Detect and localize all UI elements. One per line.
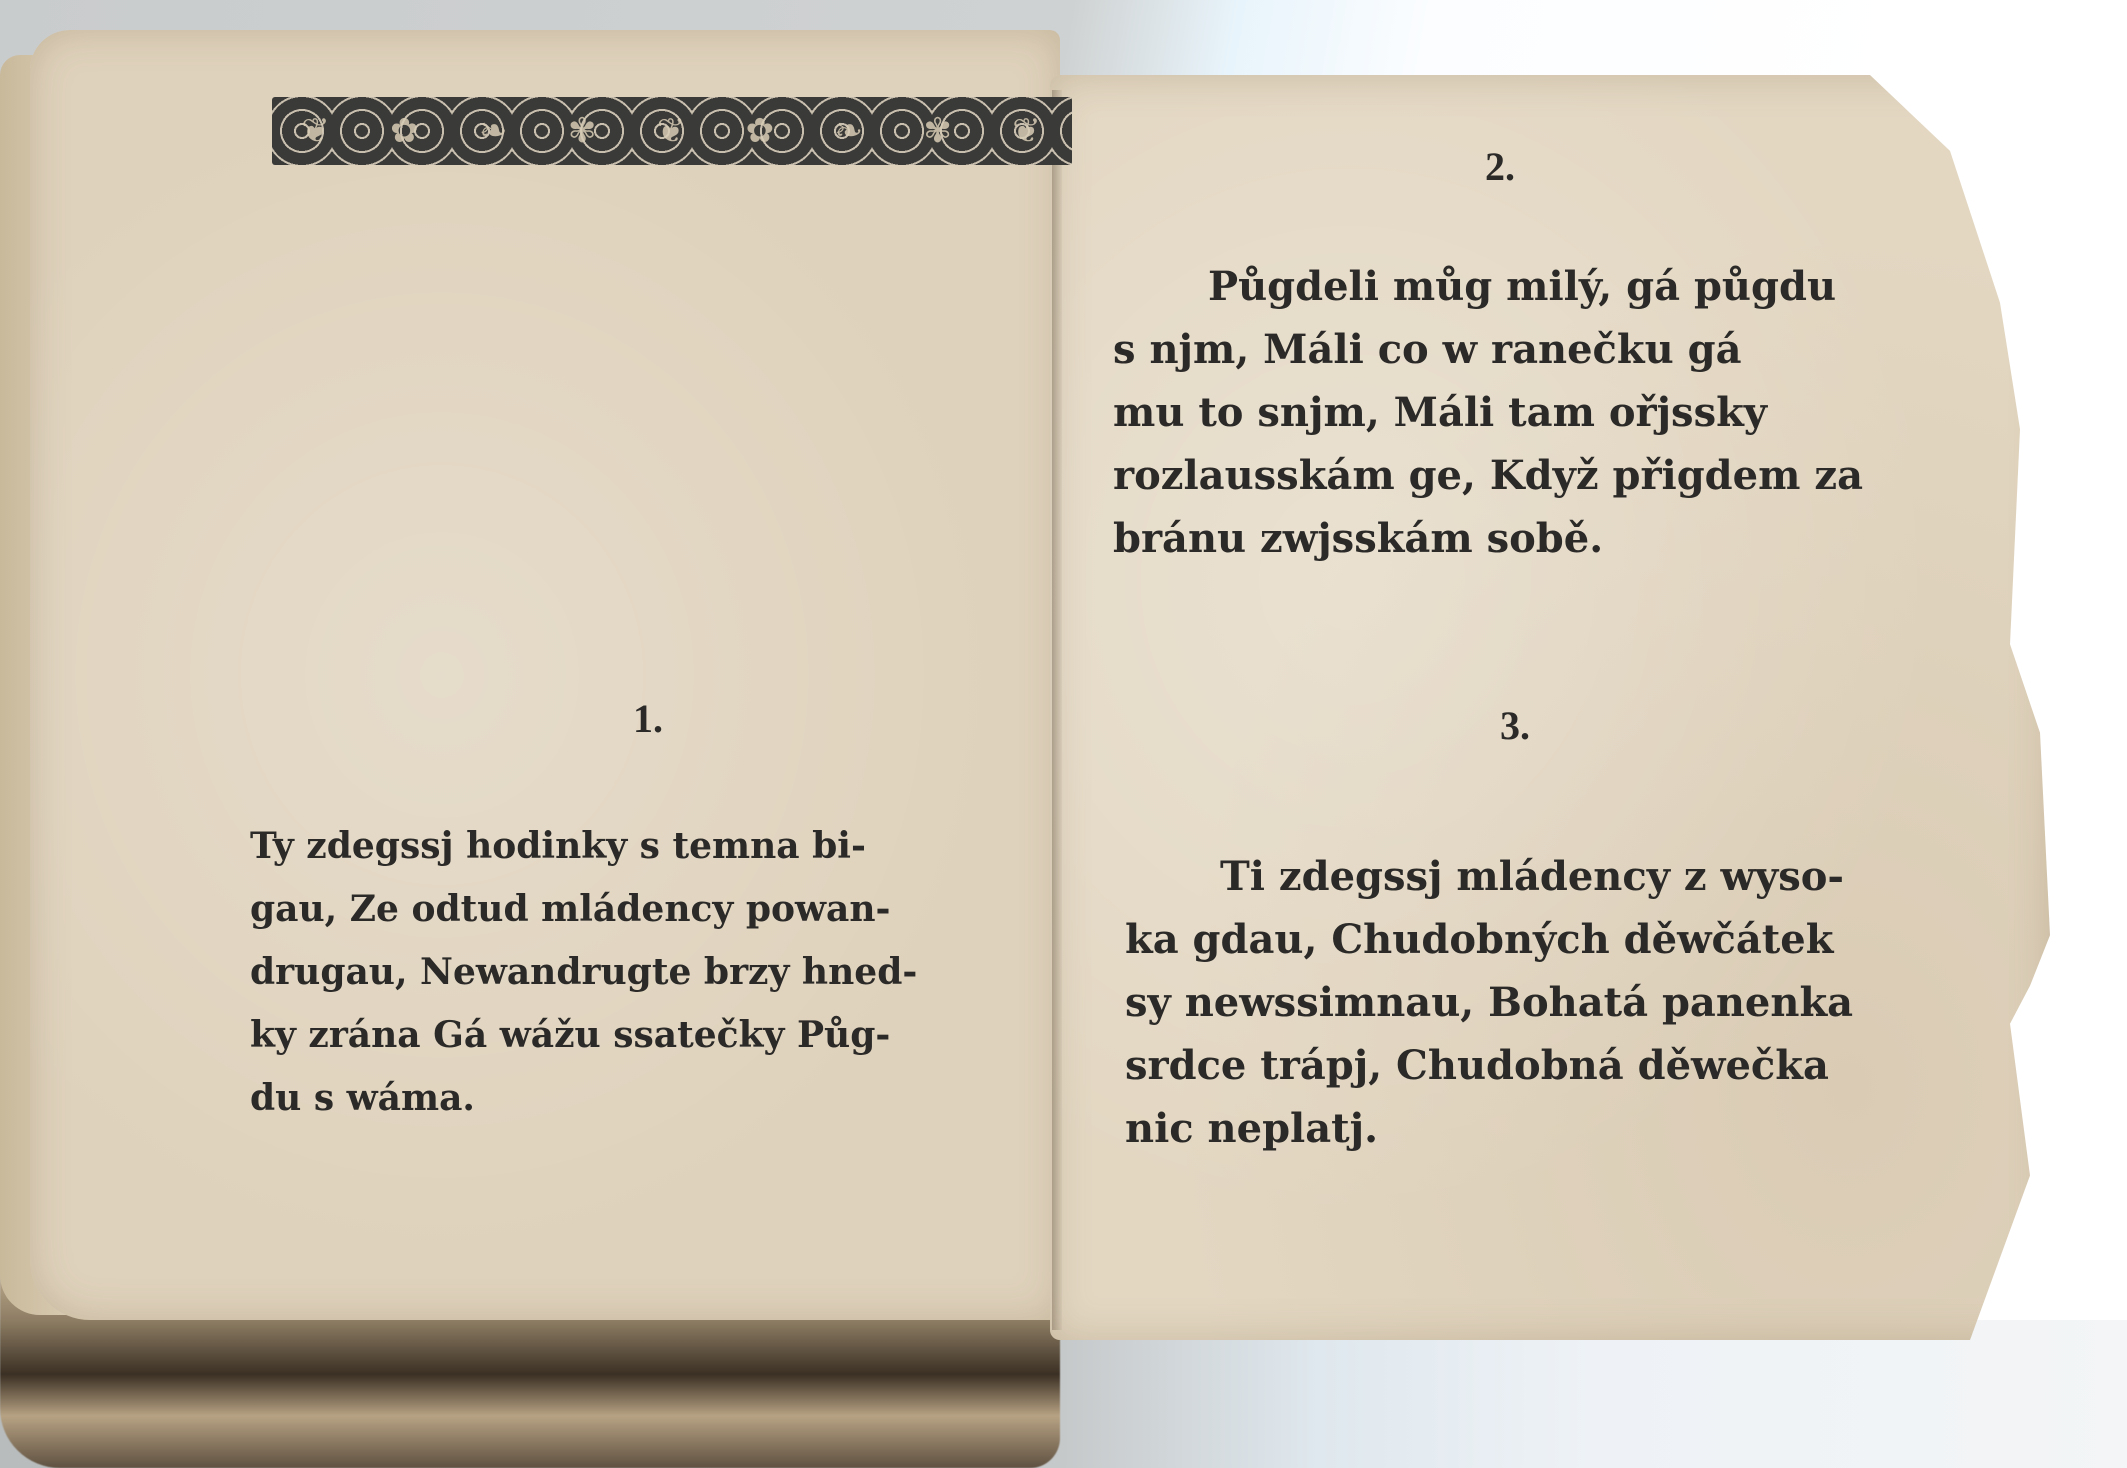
header-ornament: ❦ ✿ ❧ ✾ ❦ ✿ ❧ ✾ ❦ [272,97,1072,165]
verse-line: Ti zdegssj mládency z wyso- [1125,845,1935,908]
ornament-flourish-icon: ✿ [390,111,421,151]
ornament-flourish-icon: ❦ [1012,111,1043,151]
verse-line: nic neplatj. [1125,1097,1935,1160]
ornament-flourish-icon: ✿ [746,111,777,151]
stanza-number: 3. [1500,702,1530,749]
ornament-flourish-icon: ❦ [657,111,688,151]
verse-line: Ty zdegssj hodinky s temna bi- [250,815,1050,878]
book-gutter [1052,90,1062,1330]
ornament-flourish-icon: ❦ [301,111,332,151]
ornament-flourish-icon: ❧ [479,111,510,151]
ornament-flourish-icon: ❧ [834,111,865,151]
stanza-number: 2. [1485,143,1515,190]
stanza-1-text: Ty zdegssj hodinky s temna bi- gau, Ze o… [250,815,1050,1130]
verse-line: Půgdeli můg milý, gá půgdu [1113,255,1933,318]
verse-line: du s wáma. [250,1067,1050,1130]
verse-line: mu to snjm, Máli tam ořjssky [1113,381,1933,444]
verse-line: sy newssimnau, Bohatá panenka [1125,971,1935,1034]
verse-line: gau, Ze odtud mládency powan- [250,878,1050,941]
verse-line: bránu zwjsskám sobě. [1113,507,1933,570]
verse-line: rozlausskám ge, Když přigdem za [1113,444,1933,507]
stanza-2-text: Půgdeli můg milý, gá půgdu s njm, Máli c… [1113,255,1933,570]
verse-line: drugau, Newandrugte brzy hned- [250,941,1050,1004]
stanza-number: 1. [633,695,663,742]
ornament-flourish-icon: ✾ [568,111,599,151]
stanza-3-text: Ti zdegssj mládency z wyso- ka gdau, Chu… [1125,845,1935,1160]
verse-line: ky zrána Gá wážu ssatečky Půg- [250,1004,1050,1067]
verse-line: ka gdau, Chudobných děwčátek [1125,908,1935,971]
verse-line: srdce trápj, Chudobná děwečka [1125,1034,1935,1097]
ornament-flourish-icon: ✾ [923,111,954,151]
verse-line: s njm, Máli co w ranečku gá [1113,318,1933,381]
